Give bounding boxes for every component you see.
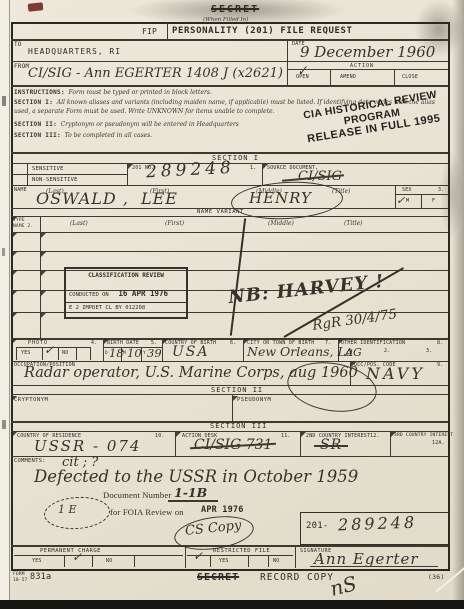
- occ-pos-code-value: NAVY: [366, 364, 425, 383]
- variant-title-label: (Title): [344, 220, 362, 227]
- field-corner-mark: [41, 313, 46, 318]
- field-corner-mark: [12, 339, 17, 344]
- rule: [27, 163, 28, 185]
- classification-review-stamp: CLASSIFICATION REVIEW CONDUCTED ON 16 AP…: [64, 267, 188, 319]
- rule: [134, 555, 135, 567]
- section1-note-label: SECTION I:: [14, 99, 53, 106]
- section2-note-text: Cryptonym or pseudonym will be entered i…: [61, 121, 239, 128]
- rule: [11, 232, 448, 233]
- photo-no-option: NO: [62, 350, 68, 356]
- field-corner-mark: [12, 291, 17, 296]
- instructions-text: Form must be typed or printed in block l…: [69, 89, 212, 96]
- type-name-label: TYPE NAME 2.: [13, 218, 39, 230]
- day-marker: D: [105, 351, 108, 356]
- circled-review-text: 1 E: [58, 503, 77, 516]
- rule: [394, 69, 395, 85]
- rule: [64, 555, 65, 567]
- from-value: CI/SIG - Ann EGERTER 1408 J (x2621): [28, 66, 283, 81]
- rule: [421, 194, 422, 208]
- foia-review-stamp-label: for FOIA Review on: [110, 507, 184, 517]
- sex-female-option: F: [432, 198, 435, 204]
- form-number: 831a: [30, 572, 51, 582]
- item-4-index: 4.: [91, 340, 97, 346]
- footer-classification: SECRET: [197, 572, 239, 583]
- to-label: TO: [14, 41, 22, 48]
- country-of-birth-value: USA: [172, 344, 210, 360]
- top-classification: SECRET: [211, 4, 259, 15]
- scan-bottom-band: [0, 600, 464, 609]
- field-corner-mark: [41, 271, 46, 276]
- rule: [11, 251, 448, 252]
- rule: [210, 555, 211, 567]
- document-number-value: 1-1B: [174, 485, 207, 500]
- ink-underline: [168, 500, 218, 502]
- third-country-label: 3RD COUNTRY INTEREST: [394, 433, 453, 438]
- item-10-index: 10.: [155, 433, 165, 439]
- action-close-option: CLOSE: [402, 74, 418, 80]
- conducted-on-label: CONDUCTED ON: [69, 292, 109, 298]
- footer-ink-squiggle: nS: [327, 571, 359, 601]
- review-stamp-class-line: E 2 IMPDET CL BY 012208: [66, 302, 186, 311]
- permanent-checkmark: ✓: [72, 550, 82, 564]
- foia-review-date: APR 1976: [201, 505, 244, 515]
- rule: [11, 39, 448, 41]
- record-copy-label: RECORD COPY: [260, 572, 334, 583]
- rule: [76, 347, 77, 360]
- form-code: FIP: [142, 27, 157, 36]
- defected-note: Defected to the USSR in October 1959: [34, 467, 358, 486]
- sex-label: SEX: [402, 187, 412, 193]
- birth-year-value: 39: [147, 346, 162, 360]
- review-stamp-title: CLASSIFICATION REVIEW: [66, 272, 186, 279]
- rule: [11, 216, 448, 217]
- red-ink-mark: [28, 2, 44, 12]
- form-title: PERSONALITY (201) FILE REQUEST: [172, 26, 353, 36]
- permanent-no-option: NO: [106, 558, 112, 564]
- item-12-index: 12.: [370, 433, 380, 439]
- restricted-checkmark: ✓: [193, 549, 203, 563]
- photo-yes-option: YES: [21, 350, 31, 356]
- item-1-index: 1.: [250, 165, 256, 171]
- instructions-label: INSTRUCTIONS:: [14, 89, 65, 96]
- year-marker: Y: [143, 351, 146, 356]
- review-stamp-date-line: CONDUCTED ON 16 APR 1976: [69, 281, 186, 300]
- field-corner-mark: [12, 233, 17, 238]
- permanent-yes-option: YES: [32, 558, 42, 564]
- name-label: NAME: [14, 187, 27, 193]
- rule: [11, 85, 448, 87]
- non-sensitive-label: NON-SENSITIVE: [32, 177, 78, 183]
- variant-first-label: (First): [165, 220, 184, 227]
- item-9-index: 9.: [437, 362, 443, 368]
- rule: [14, 555, 183, 556]
- sex-checkmark: ✓: [396, 194, 405, 207]
- rule: [248, 555, 249, 567]
- other-identification-value: AG: [345, 346, 362, 359]
- scan-speck: [2, 248, 5, 256]
- from-label: FROM: [14, 63, 29, 70]
- rule: [16, 347, 17, 360]
- sex-male-option: M: [406, 198, 409, 204]
- rule: [268, 555, 269, 567]
- field-corner-mark: [12, 271, 17, 276]
- item-11-index: 11.: [281, 433, 291, 439]
- field-corner-mark: [12, 313, 17, 318]
- rule: [185, 545, 186, 568]
- field-corner-mark: [41, 291, 46, 296]
- page-ref: (36): [428, 573, 444, 581]
- birth-day-value: 18: [109, 346, 124, 360]
- rule: [42, 347, 43, 360]
- scan-speck: [2, 96, 6, 106]
- variant-middle-label: (Middle): [268, 220, 294, 227]
- conducted-date: 16 APR 1976: [118, 289, 168, 298]
- rule: [11, 431, 448, 432]
- ink-strikethrough: [314, 445, 348, 447]
- item-6-index: 6.: [230, 340, 236, 346]
- field-corner-mark: [41, 252, 46, 257]
- sensitive-label: SENSITIVE: [32, 166, 64, 172]
- other-id-3-index: 3.: [426, 348, 432, 354]
- action-label: ACTION: [350, 63, 374, 69]
- rule: [11, 174, 127, 175]
- rule: [92, 555, 93, 567]
- form-word-label: FORM: [13, 572, 25, 577]
- name-first-value: LEE: [141, 189, 178, 208]
- pseudonym-label: PSEUDONYM: [237, 397, 271, 403]
- rule: [330, 69, 331, 85]
- restricted-no-option: NO: [273, 558, 279, 564]
- rule: [287, 69, 448, 70]
- form-date-label: 10-57: [13, 578, 28, 583]
- item-3-index: 3.: [438, 187, 444, 193]
- name-variant-label: NAME VARIANT: [197, 209, 244, 215]
- other-id-2-index: 2.: [384, 348, 390, 354]
- rule: [167, 22, 168, 39]
- photo-checkmark: ✓: [44, 343, 54, 357]
- restricted-yes-option: YES: [219, 558, 229, 564]
- comments-label: COMMENTS:: [14, 458, 46, 464]
- scan-speck: [2, 420, 6, 429]
- ink-underline: [310, 566, 438, 567]
- rule: [287, 39, 288, 85]
- rule: [11, 394, 448, 395]
- rule: [11, 61, 448, 62]
- document-number-stamp-label: Document Number: [103, 490, 171, 500]
- action-amend-option: AMEND: [340, 74, 356, 80]
- file-box-value: 289248: [338, 513, 418, 535]
- to-value: HEADQUARTERS, RI: [28, 47, 121, 56]
- section3-header: SECTION III: [210, 422, 267, 430]
- field-corner-mark: [41, 233, 46, 238]
- file-box-prefix: 201-: [306, 521, 328, 531]
- cryptonym-label: CRYPTONYM: [14, 397, 48, 403]
- section3-note-label: SECTION III:: [14, 132, 61, 139]
- rule: [90, 347, 91, 360]
- city-of-birth-value: New Orleans, La: [247, 344, 353, 359]
- country-of-residence-value: USSR - 074: [34, 437, 141, 455]
- birth-month-value: 10: [127, 346, 142, 360]
- scanned-document: SECRET (When Filled In): [0, 0, 464, 609]
- permanent-charge-label: PERMANENT CHARGE: [40, 548, 101, 554]
- page-left-edge: [0, 0, 9, 609]
- date-value: 9 December 1960: [300, 43, 435, 61]
- name-last-value: OSWALD ,: [36, 189, 129, 208]
- rule: [11, 185, 448, 186]
- rule: [58, 347, 59, 360]
- restricted-file-label: RESTRICTED FILE: [213, 548, 270, 554]
- item-12a-index: 12A.: [432, 440, 445, 446]
- variant-last-label: (Last): [70, 220, 88, 227]
- section2-header: SECTION II: [211, 386, 263, 394]
- field-corner-mark: [12, 252, 17, 257]
- section3-note-text: To be completed in all cases.: [65, 132, 153, 139]
- field-corner-mark: [176, 432, 181, 437]
- item-8-index: 8.: [437, 340, 443, 346]
- section2-note-label: SECTION II:: [14, 121, 57, 128]
- scan-edge-line: [9, 0, 10, 600]
- rule: [295, 545, 296, 568]
- open-checkmark: ✓: [296, 63, 309, 79]
